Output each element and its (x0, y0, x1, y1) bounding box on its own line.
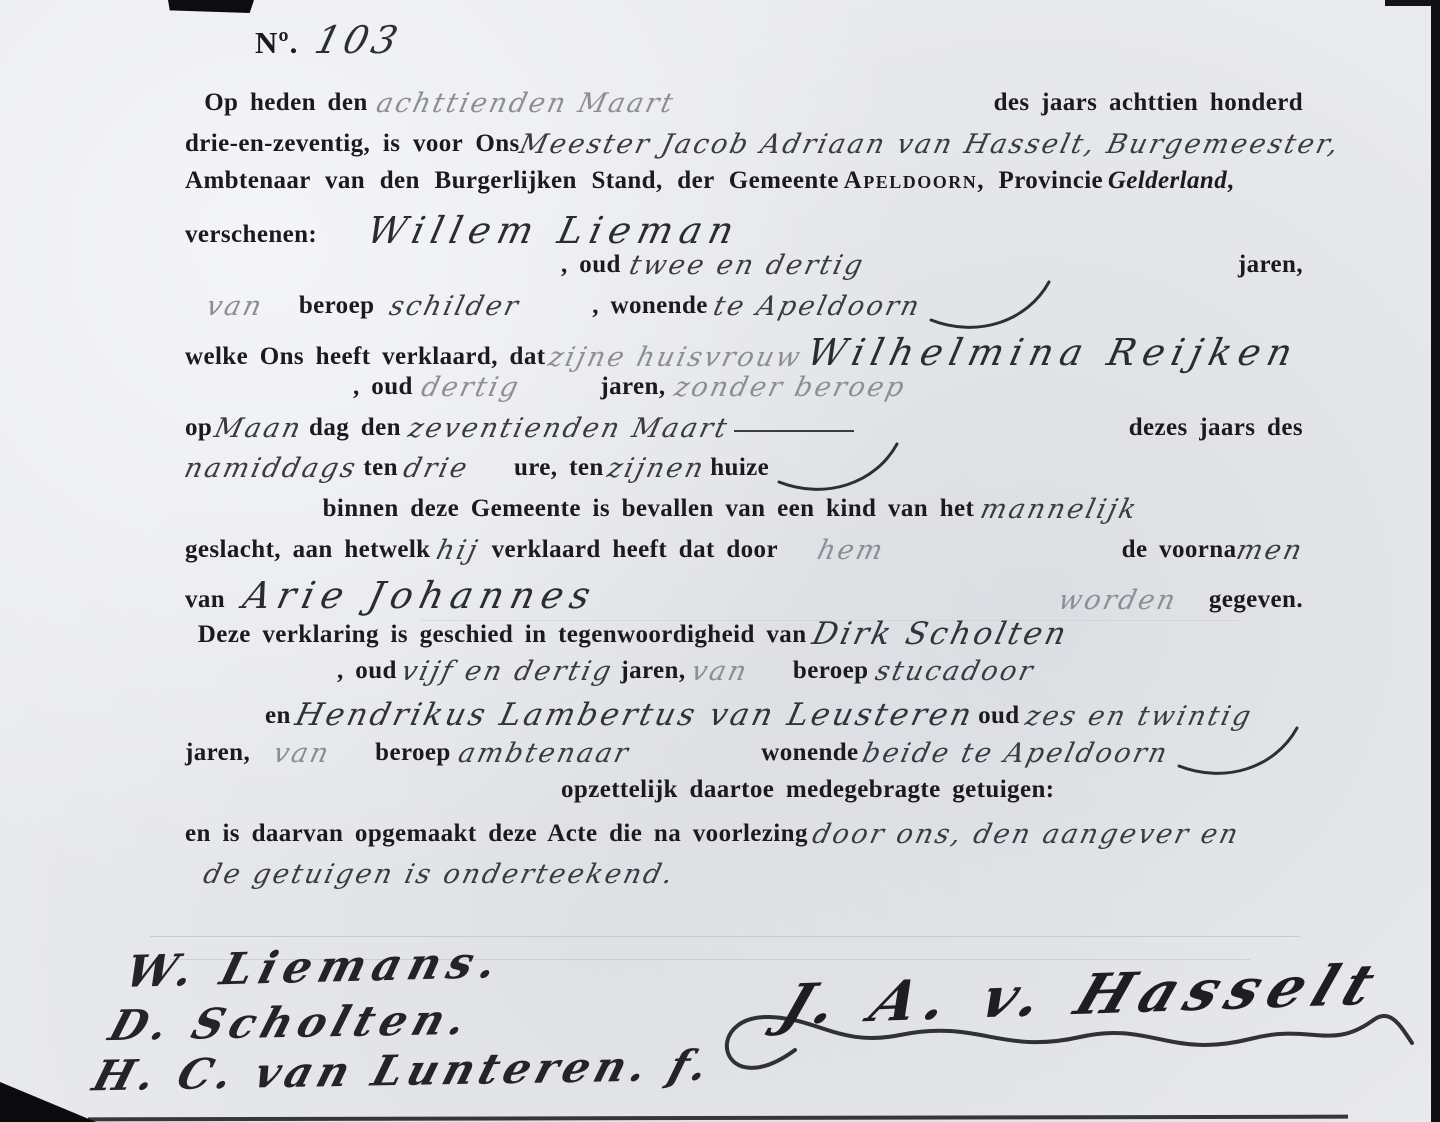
handwritten-text: zijne huisvrouw (545, 342, 805, 373)
handwritten-text: de getuigen is onderteekend. (201, 859, 679, 890)
printed-text: en is daarvan opgemaakt deze Acte die na… (185, 820, 808, 848)
printed-text: gegeven. (1209, 586, 1303, 614)
printed-text: Deze verklaring is geschied in tegenwoor… (198, 621, 807, 649)
handwritten-text: te Apeldoorn (711, 291, 925, 322)
act-line: vanArie Johanneswordengegeven. (185, 573, 1303, 614)
act-line: en is daarvan opgemaakt deze Acte die na… (185, 817, 1303, 858)
blank-space (185, 515, 323, 516)
printed-text: beroep (299, 292, 375, 320)
handwritten-text: zeventienden Maart (405, 413, 732, 444)
act-line: jaren,vanberoepambtenaarwonendebeide te … (185, 736, 1303, 777)
printed-text: jaren, (185, 739, 250, 767)
printed-text: verklaard heeft dat door (492, 536, 778, 564)
handwritten-text: achttienden Maart (374, 88, 679, 119)
printed-text: en (265, 702, 291, 730)
printed-text: geslacht, aan hetwelk (185, 536, 430, 564)
printed-text: jaren, (1238, 251, 1303, 279)
printed-text: , (1227, 167, 1234, 195)
blank-space (479, 556, 492, 557)
act-number-value: 103 (311, 18, 407, 62)
act-line: Deze verklaring is geschied in tegenwoor… (185, 614, 1303, 655)
printed-text: opzettelijk daartoe medegebragte getuige… (561, 776, 1054, 804)
blank-space (748, 677, 793, 678)
act-line: binnen deze Gemeente is bevallen van een… (185, 492, 1303, 533)
handwritten-text: Wilhelmina Reijken (803, 331, 1303, 374)
blank-space (264, 312, 299, 313)
act-line: vanberoepschilder, wonendete Apeldoorn (185, 289, 1303, 330)
blank-space (185, 312, 207, 313)
handwritten-text: zes en twintig (1022, 701, 1256, 732)
act-line: de getuigen is onderteekend. (185, 857, 1303, 898)
handwritten-text: vijf en dertig (398, 656, 616, 687)
act-line: geslacht, aan hetwelkhijverklaard heeft … (185, 533, 1303, 574)
printed-text: dezes jaars des (1129, 414, 1303, 442)
scan-edge-top-mark (168, 0, 254, 13)
signature-witness-2: H. C. van Lunteren. f. (87, 1041, 718, 1101)
handwritten-text: schilder (387, 291, 524, 322)
handwritten-text: Dirk Scholten (809, 616, 1072, 652)
handwritten-text: Arie Johannes (239, 574, 601, 617)
pen-flourish (1173, 724, 1303, 787)
blank-space (520, 393, 600, 394)
printed-text: drie-en-zeventig, is voor Ons (185, 130, 520, 158)
scan-faint-rule (150, 936, 1300, 937)
handwritten-text: zijnen (605, 453, 709, 484)
blank-space (185, 796, 561, 797)
printed-text: , Provincie (977, 167, 1103, 195)
printed-text: verschenen: (185, 221, 317, 249)
printed-text: Apeldoorn (844, 167, 978, 195)
handwritten-text: van (271, 738, 334, 769)
handwritten-text: zonder beroep (671, 372, 909, 403)
act-line: opMaandag denzeventienden Maartdezes jaa… (185, 411, 1303, 452)
blank-space (185, 393, 353, 394)
printed-text: beroep (793, 657, 869, 685)
blank-space (185, 677, 337, 678)
printed-text: , oud (561, 251, 621, 279)
handwritten-text: Hendrikus Lambertus van Leusteren (291, 697, 977, 733)
handwritten-text: dertig (419, 372, 524, 403)
blank-space (250, 759, 274, 760)
printed-text: de voorna (1122, 536, 1237, 564)
printed-text: binnen deze Gemeente is bevallen van een… (323, 495, 975, 523)
handwritten-text: ambtenaar (455, 738, 633, 769)
handwritten-text: drie (401, 453, 473, 484)
scan-edge-top-right (1385, 0, 1431, 6)
handwritten-text: Meester Jacob Adriaan van Hasselt, Burge… (516, 129, 1343, 160)
printed-text: oud (978, 702, 1020, 730)
handwritten-text: hem (814, 535, 888, 566)
scan-edge-right (1431, 0, 1440, 1122)
printed-text: huize (710, 454, 769, 482)
handwritten-text: Willem Lieman (363, 209, 745, 252)
printed-text: ure, ten (514, 454, 604, 482)
signature-declarant: W. Liemans. (120, 937, 509, 998)
act-line: enHendrikus Lambertus van Leusterenoudze… (185, 695, 1303, 736)
printed-text: welke Ons heeft verklaard, dat (185, 343, 545, 371)
printed-text: beroep (375, 739, 451, 767)
printed-text: , wonende (592, 292, 708, 320)
blank-space (185, 722, 265, 723)
act-line: , oudvijf en dertigjaren,vanberoepstucad… (185, 654, 1303, 695)
handwritten-text: door ons, den aangever en (809, 819, 1243, 850)
act-line: namiddagstendrieure, tenzijnenhuize (185, 451, 1303, 492)
act-line: opzettelijk daartoe medegebragte getuige… (185, 776, 1303, 817)
printed-text: wonende (761, 739, 858, 767)
scan-edge-bottom-line (88, 1115, 1348, 1122)
scan-edge-bottom-left (0, 1082, 96, 1122)
act-line: verschenen:Willem Lieman (185, 208, 1303, 249)
handwritten-text: men (1233, 535, 1307, 566)
handwritten-text: Maan (212, 413, 306, 444)
printed-text: , oud (353, 373, 413, 401)
printed-text: Ambtenaar van den Burgerlijken Stand, de… (185, 167, 839, 195)
signature-witness-1: D. Scholten. (103, 995, 478, 1050)
handwritten-text: worden (1055, 585, 1180, 616)
blank-space (469, 474, 514, 475)
act-body: Op heden denachttienden Maartdes jaars a… (185, 86, 1303, 898)
pen-flourish (773, 440, 903, 503)
handwritten-text: mannelijk (977, 494, 1141, 525)
handwritten-text: twee en dertig (627, 250, 869, 281)
act-line: welke Ons heeft verklaard, datzijne huis… (185, 330, 1303, 371)
blank-space (317, 241, 368, 242)
handwritten-text: van (204, 291, 267, 322)
act-line: drie-en-zeventig, is voor OnsMeester Jac… (185, 127, 1303, 168)
printed-text: jaren, (600, 373, 665, 401)
handwritten-text: beide te Apeldoorn (860, 738, 1173, 769)
blank-space (185, 271, 561, 272)
act-line: Op heden denachttienden Maartdes jaars a… (185, 86, 1303, 127)
blank-space (185, 109, 204, 110)
act-number: Nº. 103 (255, 18, 401, 62)
printed-text: , oud (337, 657, 397, 685)
signature-official-flourish (700, 955, 1420, 1105)
printed-text: Op heden den (204, 89, 367, 117)
printed-text: dag den (309, 414, 401, 442)
handwritten-text: van (688, 656, 751, 687)
printed-text: jaren, (620, 657, 685, 685)
printed-text: des jaars achttien honderd (994, 89, 1303, 117)
printed-text: van (185, 586, 225, 614)
blank-space (778, 556, 818, 557)
act-line: , oudtwee en dertigjaren, (185, 248, 1303, 289)
blank-space (1177, 606, 1209, 607)
printed-text: op (185, 414, 212, 442)
blank-space (330, 759, 375, 760)
handwritten-text: namiddags (181, 453, 360, 484)
pen-stroke (734, 430, 854, 432)
handwritten-text: stucadoor (873, 656, 1039, 687)
act-number-label: Nº. (255, 25, 298, 60)
act-line: , ouddertigjaren,zonder beroep (185, 370, 1303, 411)
handwritten-text: hij (433, 535, 482, 566)
printed-text: Gelderland (1108, 167, 1227, 195)
scanned-birth-record: Nº. 103 Op heden denachttienden Maartdes… (0, 0, 1440, 1122)
blank-space (520, 312, 592, 313)
act-line: Ambtenaar van den Burgerlijken Stand, de… (185, 167, 1303, 208)
printed-text: ten (363, 454, 398, 482)
blank-space (185, 641, 198, 642)
